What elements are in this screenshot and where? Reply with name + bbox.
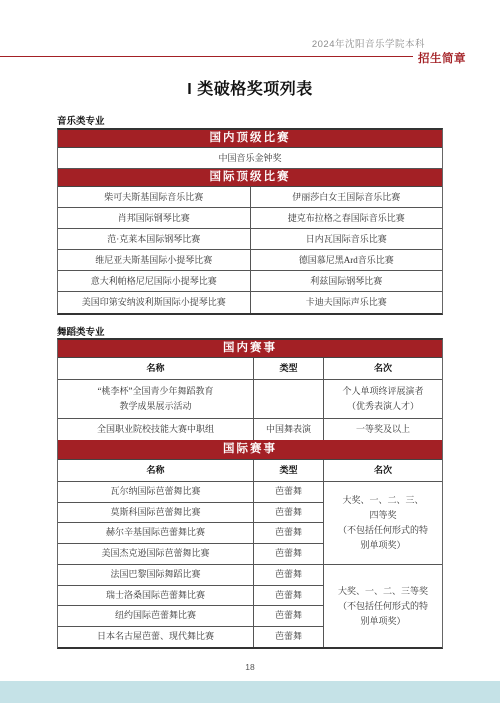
table-cell: “桃李杯”全国青少年舞蹈教育 教学成果展示活动: [58, 380, 254, 418]
table-cell: 一等奖及以上: [324, 419, 442, 440]
music-international-bar: 国际顶级比赛: [58, 169, 442, 187]
column-header-type: 类型: [254, 460, 324, 481]
table-row: 瑞士洛桑国际芭蕾舞比赛 芭蕾舞: [58, 586, 323, 607]
dance-domestic-bar: 国内赛事: [58, 340, 442, 358]
merged-rank-cell: 大奖、一、二、三、 四等奖 （不包括任何形式的特 别单项奖）: [324, 482, 442, 564]
table-cell: 芭蕾舞: [254, 606, 323, 626]
intl-group-1: 瓦尔纳国际芭蕾舞比赛 芭蕾舞 莫斯科国际芭蕾舞比赛 芭蕾舞 赫尔辛基国际芭蕾舞比…: [58, 482, 442, 565]
table-cell: 伊丽莎白女王国际音乐比赛: [251, 187, 443, 207]
table-row: 范·克莱本国际钢琴比赛 日内瓦国际音乐比赛: [58, 229, 442, 250]
table-cell: 纽约国际芭蕾舞比赛: [58, 606, 254, 626]
column-header-type: 类型: [254, 358, 324, 379]
table-cell: 美国印第安纳波利斯国际小提琴比赛: [58, 292, 251, 313]
table-cell: 日内瓦国际音乐比赛: [251, 229, 443, 249]
document-page: 2024年沈阳音乐学院本科 招生简章 I 类破格奖项列表 音乐类专业 国内顶级比…: [0, 0, 500, 703]
table-row: 柴可夫斯基国际音乐比赛 伊丽莎白女王国际音乐比赛: [58, 187, 442, 208]
table-cell: 利兹国际钢琴比赛: [251, 271, 443, 291]
dance-awards-table: 国内赛事 名称 类型 名次 “桃李杯”全国青少年舞蹈教育 教学成果展示活动 个人…: [57, 338, 443, 649]
table-row: 中国音乐金钟奖: [58, 148, 442, 169]
table-cell: 捷克布拉格之春国际音乐比赛: [251, 208, 443, 228]
table-cell: 肖邦国际钢琴比赛: [58, 208, 251, 228]
table-row: 美国印第安纳波利斯国际小提琴比赛 卡迪夫国际声乐比赛: [58, 292, 442, 313]
merged-rank-cell: 大奖、一、二、三等奖 （不包括任何形式的特 别单项奖）: [324, 565, 442, 647]
table-cell: 赫尔辛基国际芭蕾舞比赛: [58, 523, 254, 543]
table-row: 全国职业院校技能大赛中职组 中国舞表演 一等奖及以上: [58, 419, 442, 440]
header-institution: 2024年沈阳音乐学院本科: [0, 36, 425, 50]
column-header-name: 名称: [58, 460, 254, 481]
music-section-label: 音乐类专业: [57, 113, 105, 127]
table-cell: 维尼亚夫斯基国际小提琴比赛: [58, 250, 251, 270]
intl-group-2: 法国巴黎国际舞蹈比赛 芭蕾舞 瑞士洛桑国际芭蕾舞比赛 芭蕾舞 纽约国际芭蕾舞比赛…: [58, 565, 442, 647]
table-cell: 柴可夫斯基国际音乐比赛: [58, 187, 251, 207]
table-cell: 法国巴黎国际舞蹈比赛: [58, 565, 254, 585]
column-header-rank: 名次: [324, 460, 442, 481]
table-cell: 全国职业院校技能大赛中职组: [58, 419, 254, 440]
table-row: 纽约国际芭蕾舞比赛 芭蕾舞: [58, 606, 323, 627]
table-cell: 个人单项终评展演者 （优秀表演人才）: [324, 380, 442, 418]
table-cell: 中国音乐金钟奖: [218, 154, 281, 163]
table-header-row: 名称 类型 名次: [58, 358, 442, 380]
dance-international-bar: 国际赛事: [58, 440, 442, 460]
intl-group-rows: 法国巴黎国际舞蹈比赛 芭蕾舞 瑞士洛桑国际芭蕾舞比赛 芭蕾舞 纽约国际芭蕾舞比赛…: [58, 565, 324, 647]
table-cell: 芭蕾舞: [254, 544, 323, 565]
table-row: 莫斯科国际芭蕾舞比赛 芭蕾舞: [58, 503, 323, 524]
table-row: 法国巴黎国际舞蹈比赛 芭蕾舞: [58, 565, 323, 586]
table-cell: 芭蕾舞: [254, 586, 323, 606]
table-cell: 范·克莱本国际钢琴比赛: [58, 229, 251, 249]
table-row: 赫尔辛基国际芭蕾舞比赛 芭蕾舞: [58, 523, 323, 544]
table-cell: 芭蕾舞: [254, 523, 323, 543]
table-row: 维尼亚夫斯基国际小提琴比赛 德国慕尼黑Ard音乐比赛: [58, 250, 442, 271]
table-cell: 芭蕾舞: [254, 627, 323, 648]
table-cell: 瑞士洛桑国际芭蕾舞比赛: [58, 586, 254, 606]
table-cell: 瓦尔纳国际芭蕾舞比赛: [58, 482, 254, 502]
header-brochure: 招生简章: [418, 50, 466, 66]
table-cell: 芭蕾舞: [254, 482, 323, 502]
table-row: 意大利帕格尼尼国际小提琴比赛 利兹国际钢琴比赛: [58, 271, 442, 292]
table-cell: 日本名古屋芭蕾、现代舞比赛: [58, 627, 254, 648]
table-row: 肖邦国际钢琴比赛 捷克布拉格之春国际音乐比赛: [58, 208, 442, 229]
column-header-name: 名称: [58, 358, 254, 379]
page-number: 18: [0, 662, 500, 672]
table-cell: 芭蕾舞: [254, 503, 323, 523]
footer-color-bar: [0, 681, 500, 703]
table-row: 日本名古屋芭蕾、现代舞比赛 芭蕾舞: [58, 627, 323, 648]
table-cell: 中国舞表演: [254, 419, 324, 440]
page-title: I 类破格奖项列表: [0, 76, 500, 99]
table-header-row: 名称 类型 名次: [58, 460, 442, 482]
table-cell: 意大利帕格尼尼国际小提琴比赛: [58, 271, 251, 291]
dance-section-label: 舞蹈类专业: [57, 324, 105, 338]
table-row: 美国杰克逊国际芭蕾舞比赛 芭蕾舞: [58, 544, 323, 565]
table-row: “桃李杯”全国青少年舞蹈教育 教学成果展示活动 个人单项终评展演者 （优秀表演人…: [58, 380, 442, 419]
table-cell: 德国慕尼黑Ard音乐比赛: [251, 250, 443, 270]
table-cell: [254, 380, 324, 418]
table-cell: 莫斯科国际芭蕾舞比赛: [58, 503, 254, 523]
table-cell: 卡迪夫国际声乐比赛: [251, 292, 443, 313]
table-cell: 美国杰克逊国际芭蕾舞比赛: [58, 544, 254, 565]
intl-group-rows: 瓦尔纳国际芭蕾舞比赛 芭蕾舞 莫斯科国际芭蕾舞比赛 芭蕾舞 赫尔辛基国际芭蕾舞比…: [58, 482, 324, 564]
table-row: 瓦尔纳国际芭蕾舞比赛 芭蕾舞: [58, 482, 323, 503]
column-header-rank: 名次: [324, 358, 442, 379]
table-cell: 芭蕾舞: [254, 565, 323, 585]
header-rule: [0, 56, 413, 57]
music-awards-table: 国内顶级比赛 中国音乐金钟奖 国际顶级比赛 柴可夫斯基国际音乐比赛 伊丽莎白女王…: [57, 128, 443, 315]
music-domestic-bar: 国内顶级比赛: [58, 130, 442, 148]
